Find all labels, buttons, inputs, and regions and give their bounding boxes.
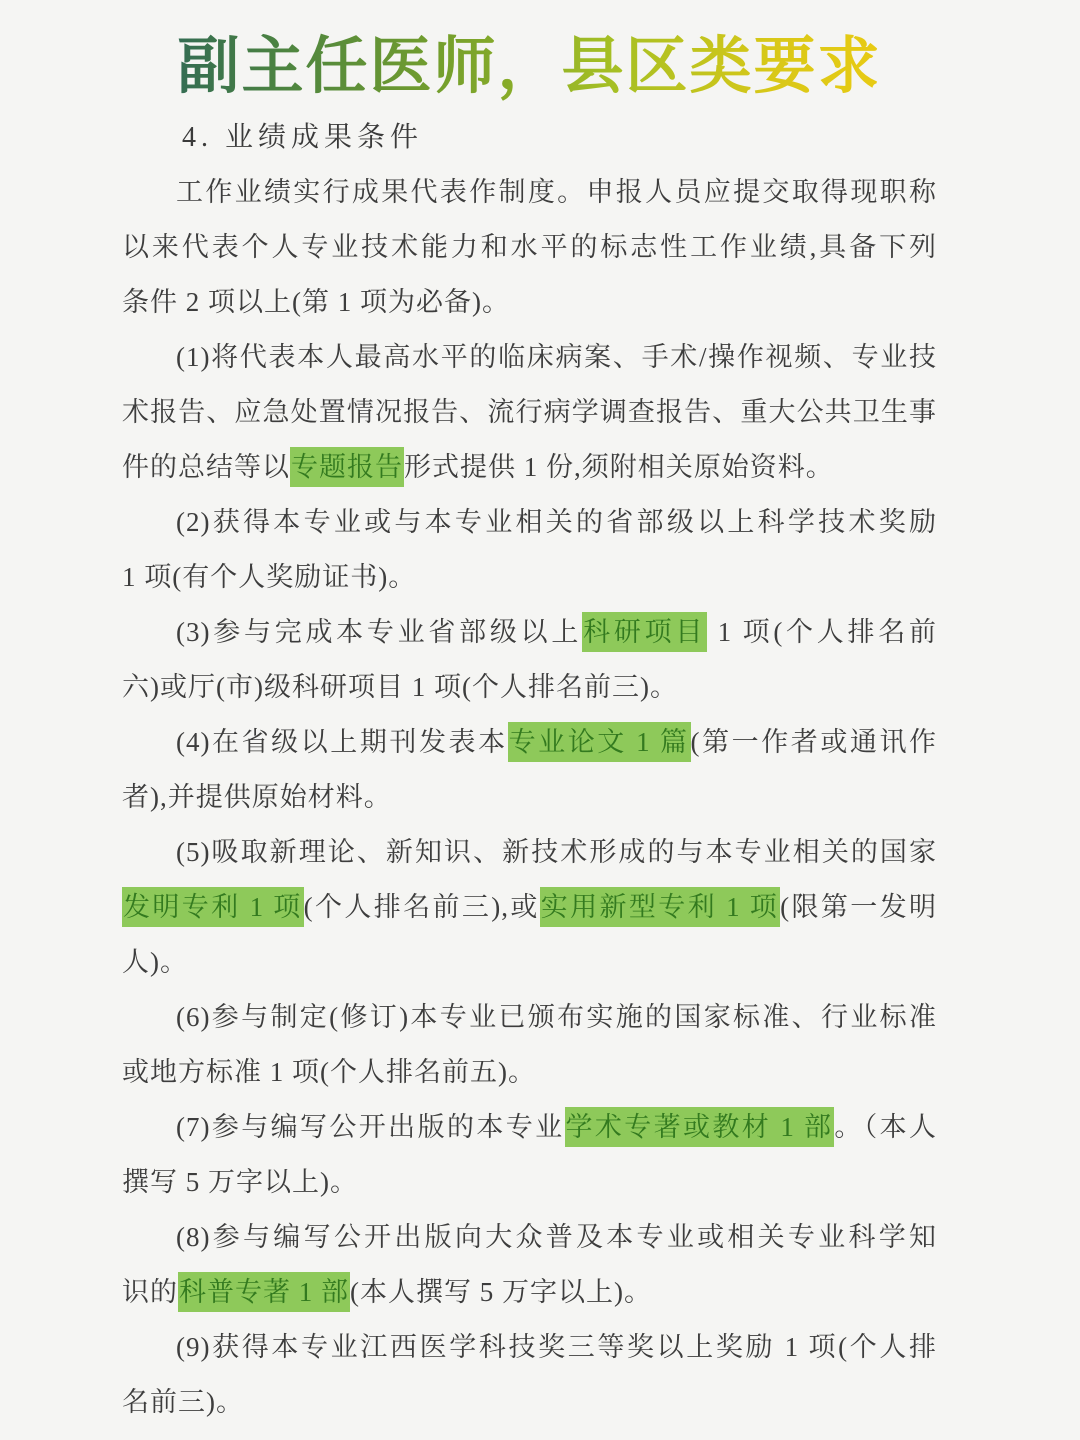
text-segment: 术报告、应急处置情况报告、流行病学调查报告、重大公共卫生事 bbox=[122, 397, 937, 427]
text-line: 条件 2 项以上(第 1 项为必备)。 bbox=[122, 275, 937, 330]
text-segment: 六)或厅(市)级科研项目 1 项(个人排名前三)。 bbox=[122, 672, 678, 702]
text-segment: 名前三)。 bbox=[122, 1387, 244, 1417]
text-segment: (3)参与完成本专业省部级以上 bbox=[176, 617, 582, 647]
text-segment: (本人撰写 5 万字以上)。 bbox=[350, 1277, 652, 1307]
text-segment: (限第一发明 bbox=[780, 892, 937, 922]
highlighted-text: 科研项目 bbox=[582, 612, 707, 652]
text-segment: (5)吸取新理论、新知识、新技术形成的与本专业相关的国家 bbox=[176, 837, 937, 867]
text-segment: (7)参与编写公开出版的本专业 bbox=[176, 1112, 565, 1142]
highlighted-text: 专业论文 1 篇 bbox=[508, 722, 691, 762]
text-line: (4)在省级以上期刊发表本专业论文 1 篇(第一作者或通讯作 bbox=[122, 715, 937, 770]
text-line: (5)吸取新理论、新知识、新技术形成的与本专业相关的国家 bbox=[122, 825, 937, 880]
text-line: 术报告、应急处置情况报告、流行病学调查报告、重大公共卫生事 bbox=[122, 385, 937, 440]
text-segment: 以来代表个人专业技术能力和水平的标志性工作业绩,具备下列 bbox=[122, 232, 937, 262]
text-line: 件的总结等以专题报告形式提供 1 份,须附相关原始资料。 bbox=[122, 440, 937, 495]
text-segment: (4)在省级以上期刊发表本 bbox=[176, 727, 508, 757]
document-body: 工作业绩实行成果代表作制度。申报人员应提交取得现职称以来代表个人专业技术能力和水… bbox=[122, 165, 937, 1430]
text-segment: 。（本人 bbox=[834, 1112, 937, 1142]
text-line: 工作业绩实行成果代表作制度。申报人员应提交取得现职称 bbox=[122, 165, 937, 220]
page-title: 副主任医师，县区类要求 bbox=[122, 25, 937, 110]
text-line: 或地方标准 1 项(个人排名前五)。 bbox=[122, 1045, 937, 1100]
text-line: (9)获得本专业江西医学科技奖三等奖以上奖励 1 项(个人排 bbox=[122, 1320, 937, 1375]
text-segment: 1 项(个人排名前 bbox=[707, 617, 937, 647]
document-page: 副主任医师，县区类要求 4. 业绩成果条件 工作业绩实行成果代表作制度。申报人员… bbox=[0, 0, 1080, 1440]
highlighted-text: 学术专著或教材 1 部 bbox=[565, 1107, 835, 1147]
text-segment: (1)将代表本人最高水平的临床病案、手术/操作视频、专业技 bbox=[176, 342, 937, 372]
text-segment: (个人排名前三),或 bbox=[304, 892, 540, 922]
text-line: 发明专利 1 项(个人排名前三),或实用新型专利 1 项(限第一发明 bbox=[122, 880, 937, 935]
text-line: (8)参与编写公开出版向大众普及本专业或相关专业科学知 bbox=[122, 1210, 937, 1265]
text-segment: 条件 2 项以上(第 1 项为必备)。 bbox=[122, 287, 510, 317]
text-line: 六)或厅(市)级科研项目 1 项(个人排名前三)。 bbox=[122, 660, 937, 715]
text-line: 名前三)。 bbox=[122, 1375, 937, 1430]
text-segment: 者),并提供原始材料。 bbox=[122, 782, 392, 812]
text-line: (7)参与编写公开出版的本专业学术专著或教材 1 部。（本人 bbox=[122, 1100, 937, 1155]
text-segment: 工作业绩实行成果代表作制度。申报人员应提交取得现职称 bbox=[176, 177, 937, 207]
text-segment: (6)参与制定(修订)本专业已颁布实施的国家标准、行业标准 bbox=[176, 1002, 937, 1032]
text-line: 者),并提供原始材料。 bbox=[122, 770, 937, 825]
text-segment: 或地方标准 1 项(个人排名前五)。 bbox=[122, 1057, 536, 1087]
text-segment: 形式提供 1 份,须附相关原始资料。 bbox=[404, 452, 834, 482]
text-segment: 件的总结等以 bbox=[122, 452, 290, 482]
text-segment: (第一作者或通讯作 bbox=[691, 727, 937, 757]
highlighted-text: 发明专利 1 项 bbox=[122, 887, 304, 927]
section-heading: 4. 业绩成果条件 bbox=[122, 110, 937, 165]
highlighted-text: 实用新型专利 1 项 bbox=[540, 887, 780, 927]
text-segment: 1 项(有个人奖励证书)。 bbox=[122, 562, 416, 592]
text-line: (3)参与完成本专业省部级以上科研项目 1 项(个人排名前 bbox=[122, 605, 937, 660]
highlighted-text: 专题报告 bbox=[290, 447, 404, 487]
text-line: (2)获得本专业或与本专业相关的省部级以上科学技术奖励 bbox=[122, 495, 937, 550]
text-segment: (2)获得本专业或与本专业相关的省部级以上科学技术奖励 bbox=[176, 507, 937, 537]
highlighted-text: 科普专著 1 部 bbox=[178, 1272, 350, 1312]
text-segment: 人)。 bbox=[122, 947, 188, 977]
text-line: 人)。 bbox=[122, 935, 937, 990]
text-line: 以来代表个人专业技术能力和水平的标志性工作业绩,具备下列 bbox=[122, 220, 937, 275]
text-line: 撰写 5 万字以上)。 bbox=[122, 1155, 937, 1210]
text-segment: (8)参与编写公开出版向大众普及本专业或相关专业科学知 bbox=[176, 1222, 937, 1252]
text-line: 识的科普专著 1 部(本人撰写 5 万字以上)。 bbox=[122, 1265, 937, 1320]
text-segment: (9)获得本专业江西医学科技奖三等奖以上奖励 1 项(个人排 bbox=[176, 1332, 937, 1362]
text-segment: 识的 bbox=[122, 1277, 178, 1307]
text-line: 1 项(有个人奖励证书)。 bbox=[122, 550, 937, 605]
text-line: (1)将代表本人最高水平的临床病案、手术/操作视频、专业技 bbox=[122, 330, 937, 385]
text-segment: 撰写 5 万字以上)。 bbox=[122, 1167, 358, 1197]
text-line: (6)参与制定(修订)本专业已颁布实施的国家标准、行业标准 bbox=[122, 990, 937, 1045]
